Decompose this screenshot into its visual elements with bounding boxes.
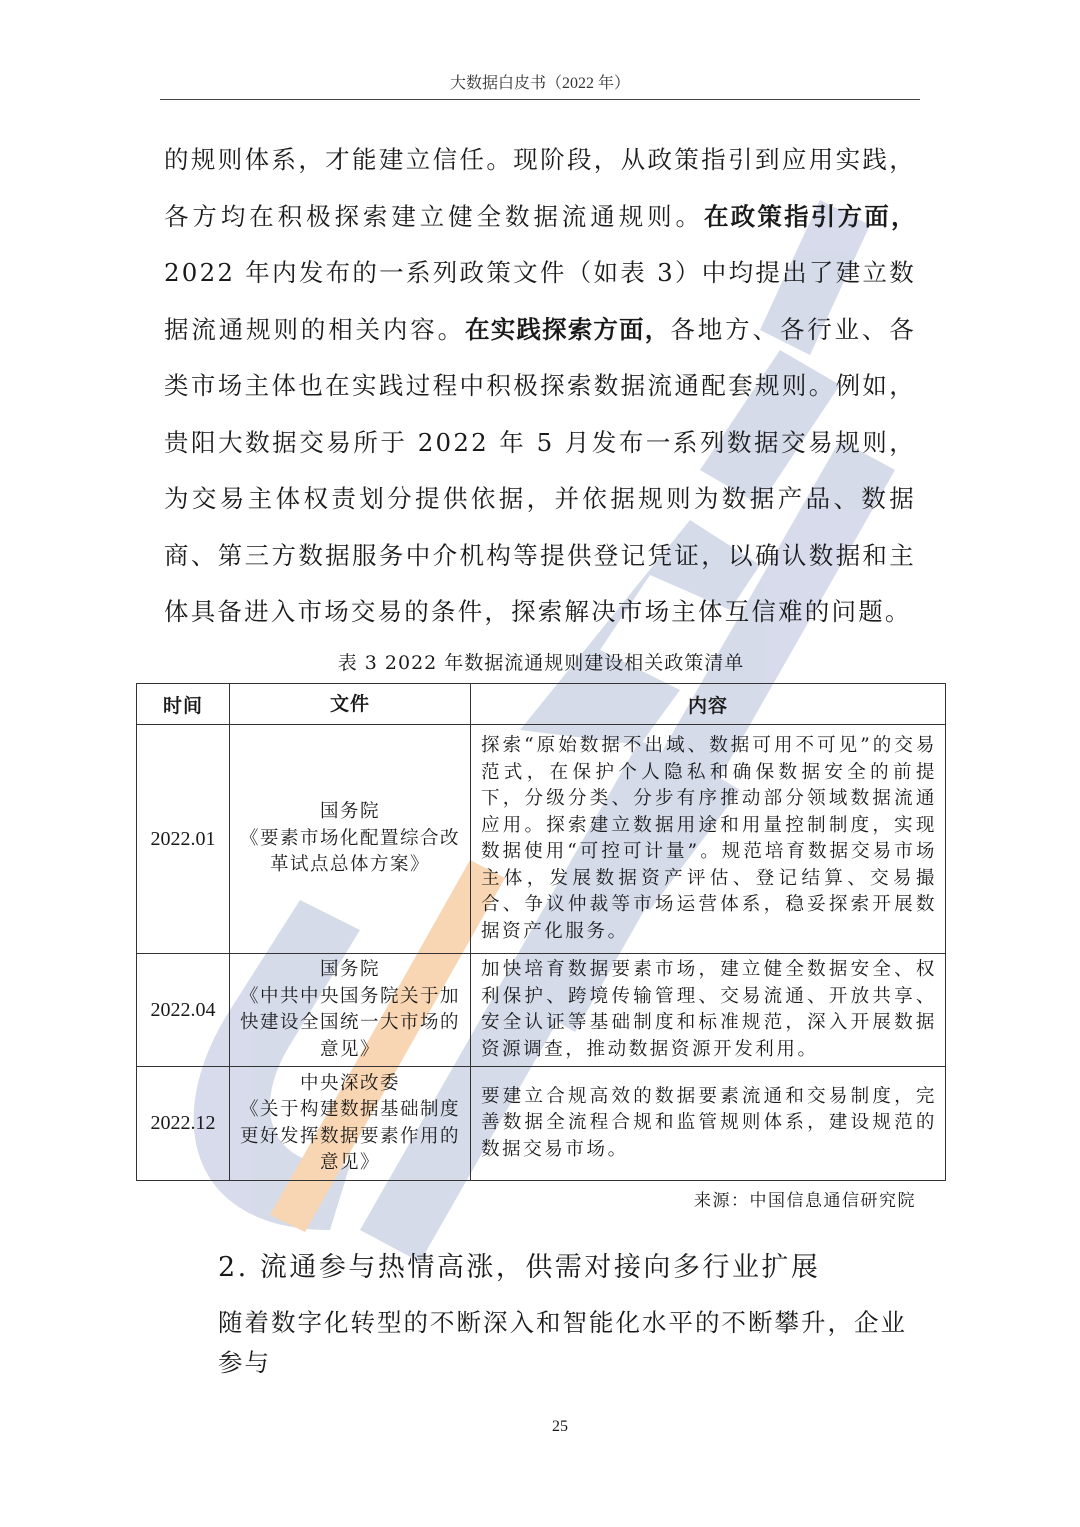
policy-table: 时间 文件 内容 2022.01 国务院 《要素市场化配置综合改革试点总体方案》…	[136, 683, 946, 1181]
running-header: 大数据白皮书（2022 年）	[160, 70, 920, 93]
table-row: 2022.01 国务院 《要素市场化配置综合改革试点总体方案》 探索“原始数据不…	[137, 725, 946, 954]
document-issuer: 国务院	[236, 799, 464, 826]
header-divider	[160, 99, 920, 100]
cell-content: 要建立合规高效的数据要素流通和交易制度，完善数据全流程合规和监管规则体系，建设规…	[471, 1067, 946, 1181]
bold-lead-practice: 在实践探索方面，	[465, 315, 670, 344]
cell-document: 国务院 《中共中央国务院关于加快建设全国统一大市场的意见》	[230, 954, 471, 1067]
bold-lead-policy: 在政策指引方面，	[704, 202, 916, 231]
column-header-content: 内容	[471, 684, 946, 725]
document-title: 《关于构建数据基础制度更好发挥数据要素作用的意见》	[236, 1097, 464, 1177]
paragraph-text: 各地方、各行业、各类市场主体也在实践过程中积极探索数据流通配套规则。例如，贵阳大…	[164, 315, 916, 627]
cell-time: 2022.12	[137, 1067, 230, 1181]
cell-time: 2022.04	[137, 954, 230, 1067]
document-title: 《中共中央国务院关于加快建设全国统一大市场的意见》	[236, 984, 464, 1064]
table-source-note: 来源：中国信息通信研究院	[600, 1186, 916, 1211]
table-header-row: 时间 文件 内容	[137, 684, 946, 725]
cell-time: 2022.01	[137, 725, 230, 954]
cell-document: 中央深改委 《关于构建数据基础制度更好发挥数据要素作用的意见》	[230, 1067, 471, 1181]
document-title: 《要素市场化配置综合改革试点总体方案》	[236, 826, 464, 879]
table-caption: 表 3 2022 年数据流通规则建设相关政策清单	[136, 648, 946, 675]
page-number: 25	[540, 1418, 580, 1436]
cell-content: 探索“原始数据不出域、数据可用不可见”的交易范式，在保护个人隐私和确保数据安全的…	[471, 725, 946, 954]
cell-content: 加快培育数据要素市场，建立健全数据安全、权利保护、跨境传输管理、交易流通、开放共…	[471, 954, 946, 1067]
section-first-line: 随着数字化转型的不断深入和智能化水平的不断攀升，企业参与	[218, 1303, 918, 1383]
section-heading: 2. 流通参与热情高涨，供需对接向多行业扩展	[218, 1245, 820, 1284]
document-issuer: 国务院	[236, 957, 464, 984]
document-issuer: 中央深改委	[236, 1071, 464, 1098]
column-header-time: 时间	[137, 684, 230, 725]
table-row: 2022.12 中央深改委 《关于构建数据基础制度更好发挥数据要素作用的意见》 …	[137, 1067, 946, 1181]
table-row: 2022.04 国务院 《中共中央国务院关于加快建设全国统一大市场的意见》 加快…	[137, 954, 946, 1067]
cell-document: 国务院 《要素市场化配置综合改革试点总体方案》	[230, 725, 471, 954]
column-header-document: 文件	[230, 684, 471, 725]
body-paragraph: 的规则体系，才能建立信任。现阶段，从政策指引到应用实践，各方均在积极探索建立健全…	[164, 132, 916, 641]
